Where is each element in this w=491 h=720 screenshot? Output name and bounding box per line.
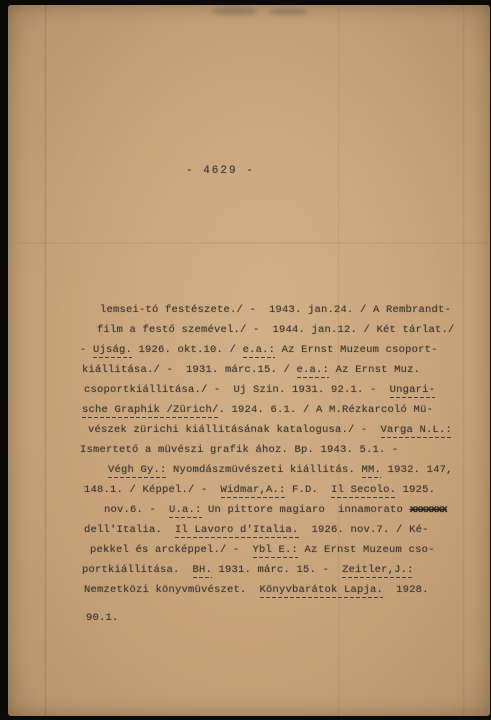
underlined-text: Ybl E.: [253, 544, 299, 558]
typewritten-line: Nemzetközi könyvmüvészet. Könyvbarátok L… [56, 580, 476, 600]
text-segment: 90.1. [86, 612, 119, 624]
underlined-text: Ujság. [93, 344, 132, 358]
text-segment: Un pittore magiaro innamorato [202, 504, 410, 516]
typewritten-line: lemsei-tó festészete./ - 1943. jan.24. /… [56, 300, 476, 320]
page-number: - 4629 - [186, 165, 255, 177]
underlined-text: Könyvbarátok Lapja. [260, 584, 384, 598]
text-segment: kiállitása./ - 1931. márc.15. / [82, 364, 297, 376]
text-segment: vészek zürichi kiállitásának katalogusa.… [88, 424, 381, 436]
text-segment: Az Ernst Muz. [329, 364, 420, 376]
text-segment: Ismertető a müvészi grafik ához. Bp. 194… [80, 444, 399, 456]
text-segment: F.D. [286, 484, 332, 496]
text-segment: 148.1. / Képpel./ - [84, 484, 221, 496]
underlined-text: MM. [362, 464, 382, 478]
struck-out-text: xxxxxxx [410, 504, 447, 516]
typewritten-line: portkiállitása. BH. 1931. márc. 15. - Ze… [56, 560, 476, 580]
text-segment: 1931. márc. 15. - [212, 564, 342, 576]
text-segment: . 1924. 6.1. / A M.Rézkarcoló Mü- [219, 404, 434, 416]
underlined-text: Il Secolo. [331, 484, 396, 498]
text-segment: pekkel és arcképpel./ - [90, 544, 253, 556]
underlined-text: e.a.: [243, 344, 276, 358]
text-segment: 1926. okt.10. / [132, 344, 243, 356]
text-segment: dell'Italia. [84, 524, 175, 536]
typewritten-line: sche Graphik /Zürich/. 1924. 6.1. / A M.… [56, 400, 476, 420]
typewritten-line: nov.6. - U.a.: Un pittore magiaro innamo… [56, 500, 476, 520]
ink-smudge [212, 7, 258, 15]
underlined-text: Il Lavoro d'Italia. [175, 524, 299, 538]
text-segment: 1932. 147, [381, 464, 453, 476]
text-segment: 1926. nov.7. / Ké- [299, 524, 429, 536]
paper-crease [18, 242, 488, 244]
text-segment: Nyomdászmüvészeti kiállitás. [167, 464, 362, 476]
typewritten-line: csoportkiállitása./ - Uj Szin. 1931. 92.… [56, 380, 476, 400]
text-segment: film a festő szemével./ - 1944. jan.12. … [97, 324, 455, 336]
text-segment: Az Ernst Muzeum csoport- [275, 344, 438, 356]
typewritten-line: kiállitása./ - 1931. márc.15. / e.a.: Az… [56, 360, 476, 380]
typewritten-line: Ismertető a müvészi grafik ához. Bp. 194… [56, 440, 476, 460]
text-segment: nov.6. - [104, 504, 169, 516]
typewritten-line: dell'Italia. Il Lavoro d'Italia. 1926. n… [56, 520, 476, 540]
text-segment: csoportkiállitása./ - Uj Szin. 1931. 92.… [84, 384, 390, 396]
typewritten-line: vészek zürichi kiállitásának katalogusa.… [56, 420, 476, 440]
typewritten-line: pekkel és arcképpel./ - Ybl E.: Az Ernst… [56, 540, 476, 560]
underlined-text: Végh Gy.: [108, 464, 167, 478]
ink-smudge [268, 8, 308, 15]
underlined-text: BH. [193, 564, 213, 578]
typewritten-line: Végh Gy.: Nyomdászmüvészeti kiállitás. M… [56, 460, 476, 480]
typewritten-line: film a festő szemével./ - 1944. jan.12. … [56, 320, 476, 340]
text-segment: - [80, 344, 93, 356]
typewritten-line: 90.1. [56, 608, 476, 628]
underlined-text: Ungari- [390, 384, 436, 398]
text-segment: portkiállitása. [82, 564, 193, 576]
underlined-text: Zeitler,J.: [342, 564, 414, 578]
underlined-text: sche Graphik /Zürich/ [82, 404, 219, 418]
text-block: lemsei-tó festészete./ - 1943. jan.24. /… [56, 300, 476, 628]
text-segment: Az Ernst Muzeum cso- [298, 544, 435, 556]
underlined-text: Varga N.L.: [381, 424, 453, 438]
underlined-text: e.a.: [297, 364, 330, 378]
text-segment: 1925. [396, 484, 435, 496]
text-segment: lemsei-tó festészete./ - 1943. jan.24. /… [100, 304, 451, 316]
typewritten-line: - Ujság. 1926. okt.10. / e.a.: Az Ernst … [56, 340, 476, 360]
underlined-text: U.a.: [169, 504, 202, 518]
text-segment: 1928. [383, 584, 429, 596]
text-segment: Nemzetközi könyvmüvészet. [84, 584, 260, 596]
underlined-text: Widmar,A.: [221, 484, 286, 498]
paper-fold-line [44, 5, 47, 716]
typewritten-line: 148.1. / Képpel./ - Widmar,A.: F.D. Il S… [56, 480, 476, 500]
